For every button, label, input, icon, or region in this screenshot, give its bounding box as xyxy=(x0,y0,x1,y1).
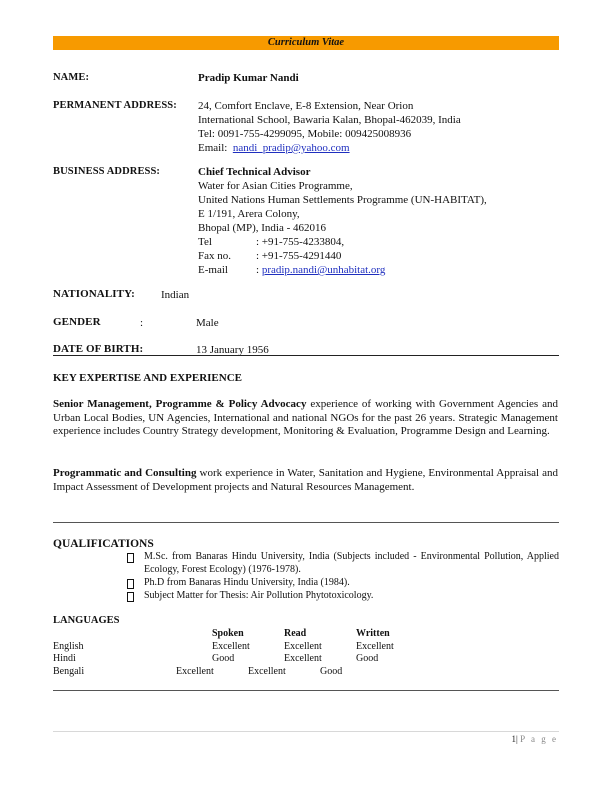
business-email-link[interactable]: pradip.nandi@unhabitat.org xyxy=(262,264,386,276)
business-address-line4: Bhopal (MP), India - 462016 xyxy=(198,221,558,235)
page-separator: | xyxy=(516,734,518,744)
page-label: P a g e xyxy=(520,734,558,744)
bullet-box-icon xyxy=(127,592,134,602)
languages-title: LANGUAGES xyxy=(53,615,120,626)
business-address-line1: Water for Asian Cities Programme, xyxy=(198,179,558,193)
business-address-label: BUSINESS ADDRESS: xyxy=(53,166,160,177)
expertise-p1-heading: Senior Management, Programme & Policy Ad… xyxy=(53,398,306,410)
expertise-paragraph-2: Programmatic and Consulting work experie… xyxy=(53,467,558,494)
bullet-box-icon xyxy=(127,579,134,589)
qualification-item: Ph.D from Banaras Hindu University, Indi… xyxy=(127,577,559,590)
business-address: Chief Technical Advisor Water for Asian … xyxy=(198,165,558,277)
permanent-address: 24, Comfort Enclave, E-8 Extension, Near… xyxy=(198,99,558,155)
bengali-spoken: Excellent xyxy=(176,666,214,677)
expertise-paragraph-1: Senior Management, Programme & Policy Ad… xyxy=(53,398,558,439)
cv-title: Curriculum Vitae xyxy=(268,37,344,48)
business-fax: : +91-755-4291440 xyxy=(256,250,341,262)
business-tel-label: Tel xyxy=(198,235,256,249)
cv-title-bar: Curriculum Vitae xyxy=(53,36,559,50)
languages-col-read: Read xyxy=(284,628,306,639)
name-value: Pradip Kumar Nandi xyxy=(198,72,299,84)
english-spoken: Excellent xyxy=(212,641,250,652)
expertise-title: KEY EXPERTISE AND EXPERIENCE xyxy=(53,372,242,384)
permanent-email-link[interactable]: nandi_pradip@yahoo.com xyxy=(233,142,350,154)
permanent-address-label: PERMANENT ADDRESS: xyxy=(53,100,177,111)
permanent-address-phone: Tel: 0091-755-4299095, Mobile: 009425008… xyxy=(198,127,558,141)
business-email-label: E-mail xyxy=(198,263,256,277)
gender-separator: : xyxy=(140,316,143,330)
bengali-written: Good xyxy=(320,666,342,677)
language-hindi: Hindi xyxy=(53,653,76,664)
expertise-p2-heading: Programmatic and Consulting xyxy=(53,467,196,479)
permanent-email-label: Email: xyxy=(198,142,227,154)
dob-label: DATE OF BIRTH: xyxy=(53,343,143,355)
qualifications-title: QUALIFICATIONS xyxy=(53,538,154,550)
hindi-spoken: Good xyxy=(212,653,234,664)
business-address-line2: United Nations Human Settlements Program… xyxy=(198,193,558,207)
hindi-written: Good xyxy=(356,653,378,664)
business-fax-label: Fax no. xyxy=(198,249,256,263)
page-footer: 1| P a g e xyxy=(512,734,558,744)
languages-col-written: Written xyxy=(356,628,390,639)
english-read: Excellent xyxy=(284,641,322,652)
business-fax-row: Fax no.: +91-755-4291440 xyxy=(198,249,558,263)
footer-divider xyxy=(53,731,559,732)
gender-value: Male xyxy=(196,316,219,330)
business-tel: : +91-755-4233804, xyxy=(256,236,344,248)
business-job-title: Chief Technical Advisor xyxy=(198,165,558,179)
english-written: Excellent xyxy=(356,641,394,652)
permanent-address-line2: International School, Bawaria Kalan, Bho… xyxy=(198,113,558,127)
bullet-box-icon xyxy=(127,553,134,563)
business-address-line3: E 1/191, Arera Colony, xyxy=(198,207,558,221)
permanent-address-line1: 24, Comfort Enclave, E-8 Extension, Near… xyxy=(198,99,558,113)
divider-after-languages xyxy=(53,690,559,691)
business-email-row: E-mail: pradip.nandi@unhabitat.org xyxy=(198,263,558,277)
gender-label: GENDER xyxy=(53,316,101,328)
bengali-read: Excellent xyxy=(248,666,286,677)
permanent-email-row: Email: nandi_pradip@yahoo.com xyxy=(198,141,558,155)
language-english: English xyxy=(53,641,84,652)
hindi-read: Excellent xyxy=(284,653,322,664)
divider-after-expertise xyxy=(53,522,559,523)
nationality-label: NATIONALITY: xyxy=(53,288,135,300)
name-label: NAME: xyxy=(53,72,89,83)
language-bengali: Bengali xyxy=(53,666,84,677)
qualification-item: Subject Matter for Thesis: Air Pollution… xyxy=(127,590,559,603)
divider-after-dob xyxy=(53,355,559,356)
nationality-value: Indian xyxy=(161,288,189,302)
qualification-item: M.Sc. from Banaras Hindu University, Ind… xyxy=(127,551,559,576)
languages-col-spoken: Spoken xyxy=(212,628,244,639)
business-tel-row: Tel: +91-755-4233804, xyxy=(198,235,558,249)
